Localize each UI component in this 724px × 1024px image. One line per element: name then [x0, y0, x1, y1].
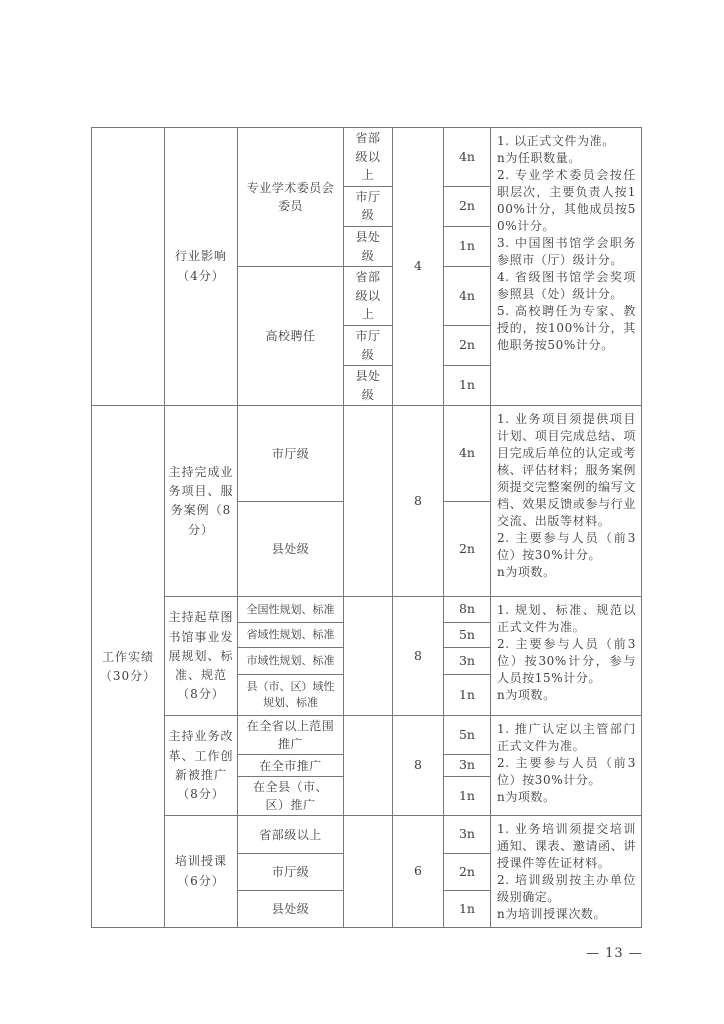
- level-cell: 县处级: [344, 226, 393, 266]
- table-row: 行业影响（4分） 专业学术委员会委员 省部级以上 4 4n 1. 以正式文件为准…: [92, 128, 642, 187]
- item-cell: 县处级: [238, 502, 344, 597]
- category-cell-continued: [92, 128, 165, 406]
- note-text: n为培训授课次数。: [497, 906, 636, 923]
- item-cell: 省域性规划、标准: [238, 623, 344, 648]
- item-cell: 市域性规划、标准: [238, 648, 344, 675]
- score-formula-cell: 4n: [444, 406, 491, 502]
- item-cell: 在全县（市、区）推广: [238, 777, 344, 816]
- total-score-cell: 6: [393, 816, 444, 928]
- subcategory-training-lectures: 培训授课（6分）: [165, 816, 238, 928]
- table-row: 工作实绩（30分） 主持完成业务项目、服务案例（8分） 市厅级 8 4n 1. …: [92, 406, 642, 502]
- note-text: 4. 省级图书馆学会奖项参照县（处）级计分。: [497, 269, 636, 303]
- empty-level-cell: [344, 816, 393, 928]
- score-formula-cell: 5n: [444, 623, 491, 648]
- score-formula-cell: 8n: [444, 597, 491, 623]
- note-text: n为项数。: [497, 789, 636, 806]
- total-score-cell: 8: [393, 597, 444, 716]
- level-cell: 县处级: [344, 366, 393, 406]
- item-cell: 市厅级: [238, 406, 344, 502]
- note-text: 1. 推广认定以主管部门正式文件为准。: [497, 721, 636, 755]
- score-formula-cell: 3n: [444, 816, 491, 854]
- evaluation-score-table: 行业影响（4分） 专业学术委员会委员 省部级以上 4 4n 1. 以正式文件为准…: [91, 127, 642, 928]
- notes-cell: 1. 业务项目须提供项目计划、项目完成总结、项目完成后单位的认定或考核、评估材料…: [491, 406, 642, 597]
- note-text: 5. 高校聘任为专家、教授的，按100%计分，其他职务按50%计分。: [497, 303, 636, 354]
- score-formula-cell: 1n: [444, 777, 491, 816]
- note-text: 1. 以正式文件为准。: [497, 133, 636, 150]
- score-formula-cell: 1n: [444, 675, 491, 716]
- notes-cell: 1. 规划、标准、规范以正式文件为准。 2. 主要参与人员（前3位）按30%计分…: [491, 597, 642, 716]
- empty-level-cell: [344, 406, 393, 597]
- subcategory-industry-influence: 行业影响（4分）: [165, 128, 238, 406]
- note-text: 1. 规划、标准、规范以正式文件为准。: [497, 602, 636, 636]
- document-page: 行业影响（4分） 专业学术委员会委员 省部级以上 4 4n 1. 以正式文件为准…: [0, 0, 724, 1024]
- item-academic-committee: 专业学术委员会委员: [238, 128, 344, 267]
- level-cell: 市厅级: [344, 186, 393, 226]
- note-text: 2. 培训级别按主办单位级别确定。: [497, 872, 636, 906]
- note-text: 2. 主要参与人员（前3位）按30%计分，参与人员按15%计分。: [497, 636, 636, 687]
- score-formula-cell: 3n: [444, 755, 491, 777]
- score-formula-cell: 1n: [444, 890, 491, 927]
- score-formula-cell: 4n: [444, 267, 491, 326]
- notes-cell: 1. 业务培训须提交培训通知、课表、邀请函、讲授课件等佐证材料。 2. 培训级别…: [491, 816, 642, 928]
- table-row: 培训授课（6分） 省部级以上 6 3n 1. 业务培训须提交培训通知、课表、邀请…: [92, 816, 642, 854]
- level-cell: 市厅级: [344, 325, 393, 365]
- item-cell: 省部级以上: [238, 816, 344, 854]
- score-formula-cell: 1n: [444, 226, 491, 266]
- item-cell: 县（市、区）域性规划、标准: [238, 675, 344, 716]
- score-formula-cell: 2n: [444, 186, 491, 226]
- score-formula-cell: 2n: [444, 325, 491, 365]
- note-text: n为项数。: [497, 687, 636, 704]
- category-work-performance: 工作实绩（30分）: [92, 406, 165, 928]
- note-text: n为任职数量。: [497, 150, 636, 167]
- item-cell: 市厅级: [238, 854, 344, 890]
- note-text: n为项数。: [497, 564, 636, 581]
- score-formula-cell: 2n: [444, 502, 491, 597]
- total-score-cell: 8: [393, 716, 444, 816]
- item-cell: 全国性规划、标准: [238, 597, 344, 623]
- subcategory-business-projects: 主持完成业务项目、服务案例（8分）: [165, 406, 238, 597]
- empty-level-cell: [344, 597, 393, 716]
- item-cell: 在全省以上范围推广: [238, 716, 344, 755]
- notes-cell: 1. 推广认定以主管部门正式文件为准。 2. 主要参与人员（前3位）按30%计分…: [491, 716, 642, 816]
- level-cell: 省部级以上: [344, 267, 393, 326]
- total-score-cell: 4: [393, 128, 444, 406]
- subcategory-drafting-plans: 主持起草图书馆事业发展规划、标准、规范（8分）: [165, 597, 238, 716]
- score-formula-cell: 1n: [444, 366, 491, 406]
- notes-cell: 1. 以正式文件为准。 n为任职数量。 2. 专业学术委员会按任职层次，主要负责…: [491, 128, 642, 406]
- empty-level-cell: [344, 716, 393, 816]
- note-text: 1. 业务项目须提供项目计划、项目完成总结、项目完成后单位的认定或考核、评估材料…: [497, 411, 636, 530]
- note-text: 2. 专业学术委员会按任职层次，主要负责人按100%计分，其他成员按50%计分。: [497, 167, 636, 235]
- table-row: 主持业务改革、工作创新被推广（8分） 在全省以上范围推广 8 5n 1. 推广认…: [92, 716, 642, 755]
- item-cell: 在全市推广: [238, 755, 344, 777]
- item-university-appointment: 高校聘任: [238, 267, 344, 406]
- note-text: 2. 主要参与人员（前3位）按30%计分。: [497, 755, 636, 789]
- note-text: 3. 中国图书馆学会职务参照市（厅）级计分。: [497, 235, 636, 269]
- subcategory-reform-promotion: 主持业务改革、工作创新被推广（8分）: [165, 716, 238, 816]
- note-text: 2. 主要参与人员（前3位）按30%计分。: [497, 530, 636, 564]
- score-formula-cell: 4n: [444, 128, 491, 187]
- note-text: 1. 业务培训须提交培训通知、课表、邀请函、讲授课件等佐证材料。: [497, 821, 636, 872]
- score-formula-cell: 2n: [444, 854, 491, 890]
- page-number: — 13 —: [586, 946, 643, 961]
- score-formula-cell: 3n: [444, 648, 491, 675]
- total-score-cell: 8: [393, 406, 444, 597]
- item-cell: 县处级: [238, 890, 344, 927]
- table-row: 主持起草图书馆事业发展规划、标准、规范（8分） 全国性规划、标准 8 8n 1.…: [92, 597, 642, 623]
- level-cell: 省部级以上: [344, 128, 393, 187]
- score-formula-cell: 5n: [444, 716, 491, 755]
